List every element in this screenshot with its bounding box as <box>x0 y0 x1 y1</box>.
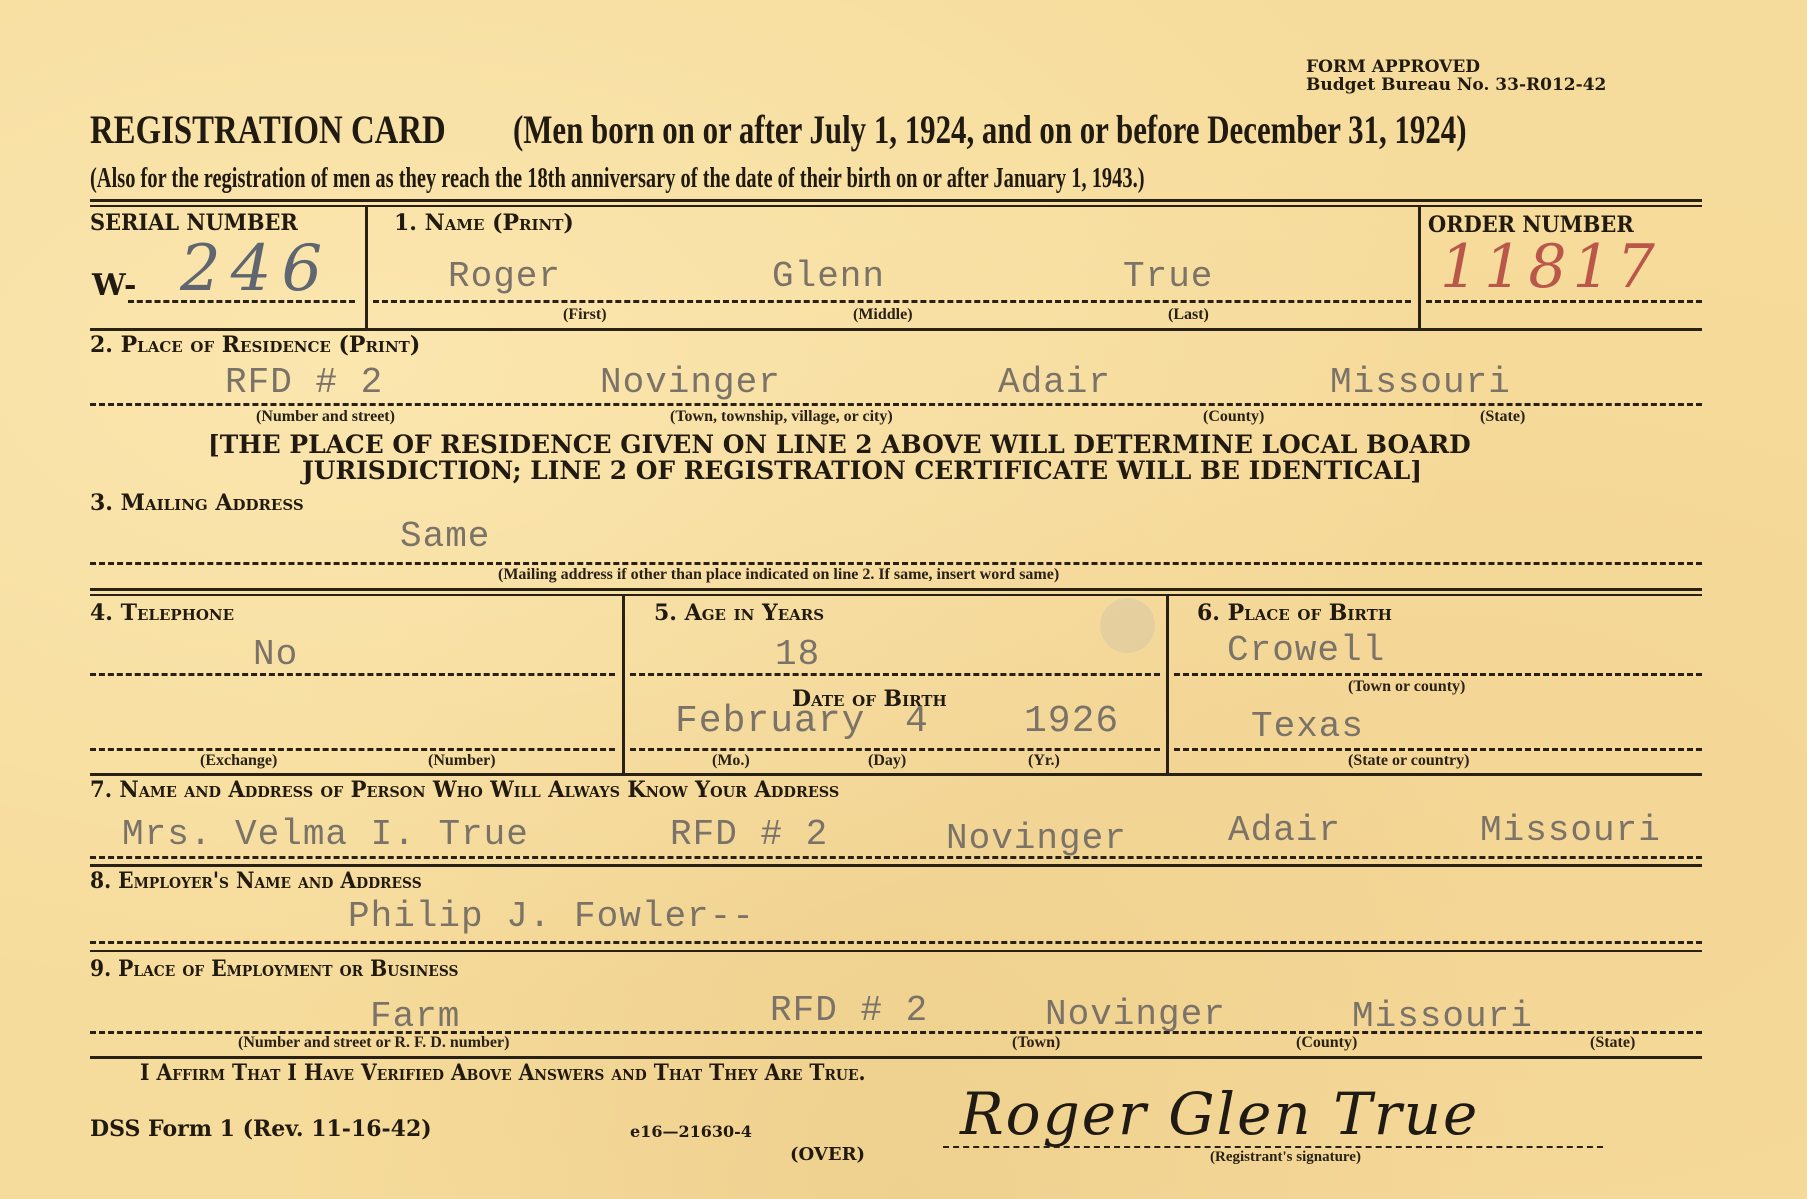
name-middle: Glenn <box>772 256 885 297</box>
row7-bottom-rule <box>90 864 1702 867</box>
telephone-number-caption: (Number) <box>428 752 496 770</box>
budget-bureau-number: Budget Bureau No. 33-R012-42 <box>1306 76 1606 94</box>
residence-street: RFD # 2 <box>225 362 383 403</box>
paper-stain <box>1100 598 1155 653</box>
birthplace-state-underline <box>1174 748 1702 751</box>
serial-underline <box>128 300 355 303</box>
over-indicator: (OVER) <box>790 1144 865 1165</box>
employment-street-caption: (Number and street or R. F. D. number) <box>238 1034 509 1052</box>
contact-street: RFD # 2 <box>670 814 828 855</box>
age-value: 18 <box>775 634 820 675</box>
serial-prefix: W- <box>92 268 137 303</box>
telephone-underline <box>90 673 615 676</box>
contact-label: 7. Name and Address of Person Who Will A… <box>90 777 839 803</box>
mailing-address-value: Same <box>400 516 490 557</box>
residence-underline <box>90 403 1702 406</box>
row1-bottom-rule <box>90 328 1702 331</box>
residence-town: Novinger <box>600 362 781 403</box>
order-number-value: 11817 <box>1440 232 1661 302</box>
birthplace-state-caption: (State or country) <box>1348 752 1469 770</box>
contact-county: Adair <box>1228 810 1341 851</box>
employment-label: 9. Place of Employment or Business <box>90 956 458 982</box>
dob-year-caption: (Yr.) <box>1028 752 1060 770</box>
employment-state-caption: (State) <box>1590 1034 1635 1052</box>
employment-county-caption: (County) <box>1296 1034 1357 1052</box>
print-code: e16—21630-4 <box>630 1122 752 1141</box>
employment-rfd: RFD # 2 <box>770 990 928 1031</box>
contact-name: Mrs. Velma I. True <box>122 814 529 855</box>
name-middle-caption: (Middle) <box>853 306 913 324</box>
contact-state: Missouri <box>1480 810 1661 851</box>
name-underline <box>373 300 1411 303</box>
header-double-rule-bottom <box>90 205 1702 207</box>
telephone-exchange-caption: (Exchange) <box>200 752 277 770</box>
employer-value: Philip J. Fowler-- <box>348 896 755 937</box>
birthplace-state: Texas <box>1251 706 1364 747</box>
order-divider <box>1418 207 1421 328</box>
contact-town: Novinger <box>946 818 1127 859</box>
age-underline <box>630 673 1160 676</box>
row9-bottom-rule <box>90 1056 1702 1059</box>
name-label: 1. Name (Print) <box>394 210 574 236</box>
jurisdiction-notice-line2: JURISDICTION; LINE 2 OF REGISTRATION CER… <box>302 456 1422 485</box>
serial-divider <box>365 207 368 328</box>
mailing-caption: (Mailing address if other than place ind… <box>498 566 1059 584</box>
age-label: 5. Age in Years <box>654 600 824 626</box>
form-id: DSS Form 1 (Rev. 11-16-42) <box>90 1116 432 1142</box>
employment-town: Novinger <box>1045 994 1226 1035</box>
residence-street-caption: (Number and street) <box>256 408 395 426</box>
telephone-value: No <box>253 634 298 675</box>
header-double-rule-top <box>90 199 1702 202</box>
dob-year: 1926 <box>1024 700 1119 743</box>
residence-label: 2. Place of Residence (Print) <box>90 332 420 358</box>
row4-bottom-rule <box>90 773 1702 776</box>
name-last: True <box>1123 256 1213 297</box>
employer-label: 8. Employer's Name and Address <box>90 868 422 894</box>
signature-caption: (Registrant's signature) <box>1210 1149 1361 1166</box>
birthplace-label: 6. Place of Birth <box>1197 600 1392 626</box>
birthplace-town: Crowell <box>1227 630 1385 671</box>
telephone-underline-2 <box>90 748 615 751</box>
signature-line <box>943 1146 1603 1148</box>
registrant-signature: Roger Glen True <box>960 1080 1479 1148</box>
dob-day-caption: (Day) <box>868 752 906 770</box>
form-approved-stamp: FORM APPROVED Budget Bureau No. 33-R012-… <box>1306 58 1606 94</box>
dob-month-caption: (Mo.) <box>712 752 750 770</box>
birthplace-town-underline <box>1174 673 1702 676</box>
residence-state-caption: (State) <box>1480 408 1525 426</box>
telephone-label: 4. Telephone <box>90 600 234 626</box>
name-last-caption: (Last) <box>1168 306 1209 324</box>
telephone-divider <box>622 596 625 774</box>
mailing-underline <box>90 562 1702 565</box>
dob-day: 4 <box>905 700 929 743</box>
row3-double-rule-top <box>90 588 1702 591</box>
residence-county: Adair <box>998 362 1111 403</box>
affirmation-text: I Affirm That I Have Verified Above Answ… <box>140 1060 866 1086</box>
name-first: Roger <box>448 256 561 297</box>
contact-underline <box>90 856 1702 859</box>
form-approved-text: FORM APPROVED <box>1306 58 1606 76</box>
dob-month: February <box>675 700 865 743</box>
employment-town-caption: (Town) <box>1012 1034 1060 1052</box>
order-underline <box>1426 300 1702 303</box>
birthplace-town-caption: (Town or county) <box>1348 678 1465 696</box>
mailing-address-label: 3. Mailing Address <box>90 490 304 516</box>
jurisdiction-notice-line1: [THE PLACE OF RESIDENCE GIVEN ON LINE 2 … <box>208 430 1471 459</box>
birthplace-divider <box>1166 596 1169 774</box>
eligibility-text: (Men born on or after July 1, 1924, and … <box>513 106 1466 153</box>
residence-state: Missouri <box>1330 362 1511 403</box>
dob-underline <box>630 748 1160 751</box>
row3-double-rule-bottom <box>90 594 1702 596</box>
serial-number-value: 246 <box>180 232 332 306</box>
residence-town-caption: (Town, township, village, or city) <box>670 408 893 426</box>
residence-county-caption: (County) <box>1203 408 1264 426</box>
employer-underline <box>90 941 1702 944</box>
row8-bottom-rule <box>90 950 1702 952</box>
also-for-text: (Also for the registration of men as the… <box>90 162 1145 195</box>
card-title: REGISTRATION CARD <box>90 106 446 153</box>
name-first-caption: (First) <box>563 306 607 324</box>
